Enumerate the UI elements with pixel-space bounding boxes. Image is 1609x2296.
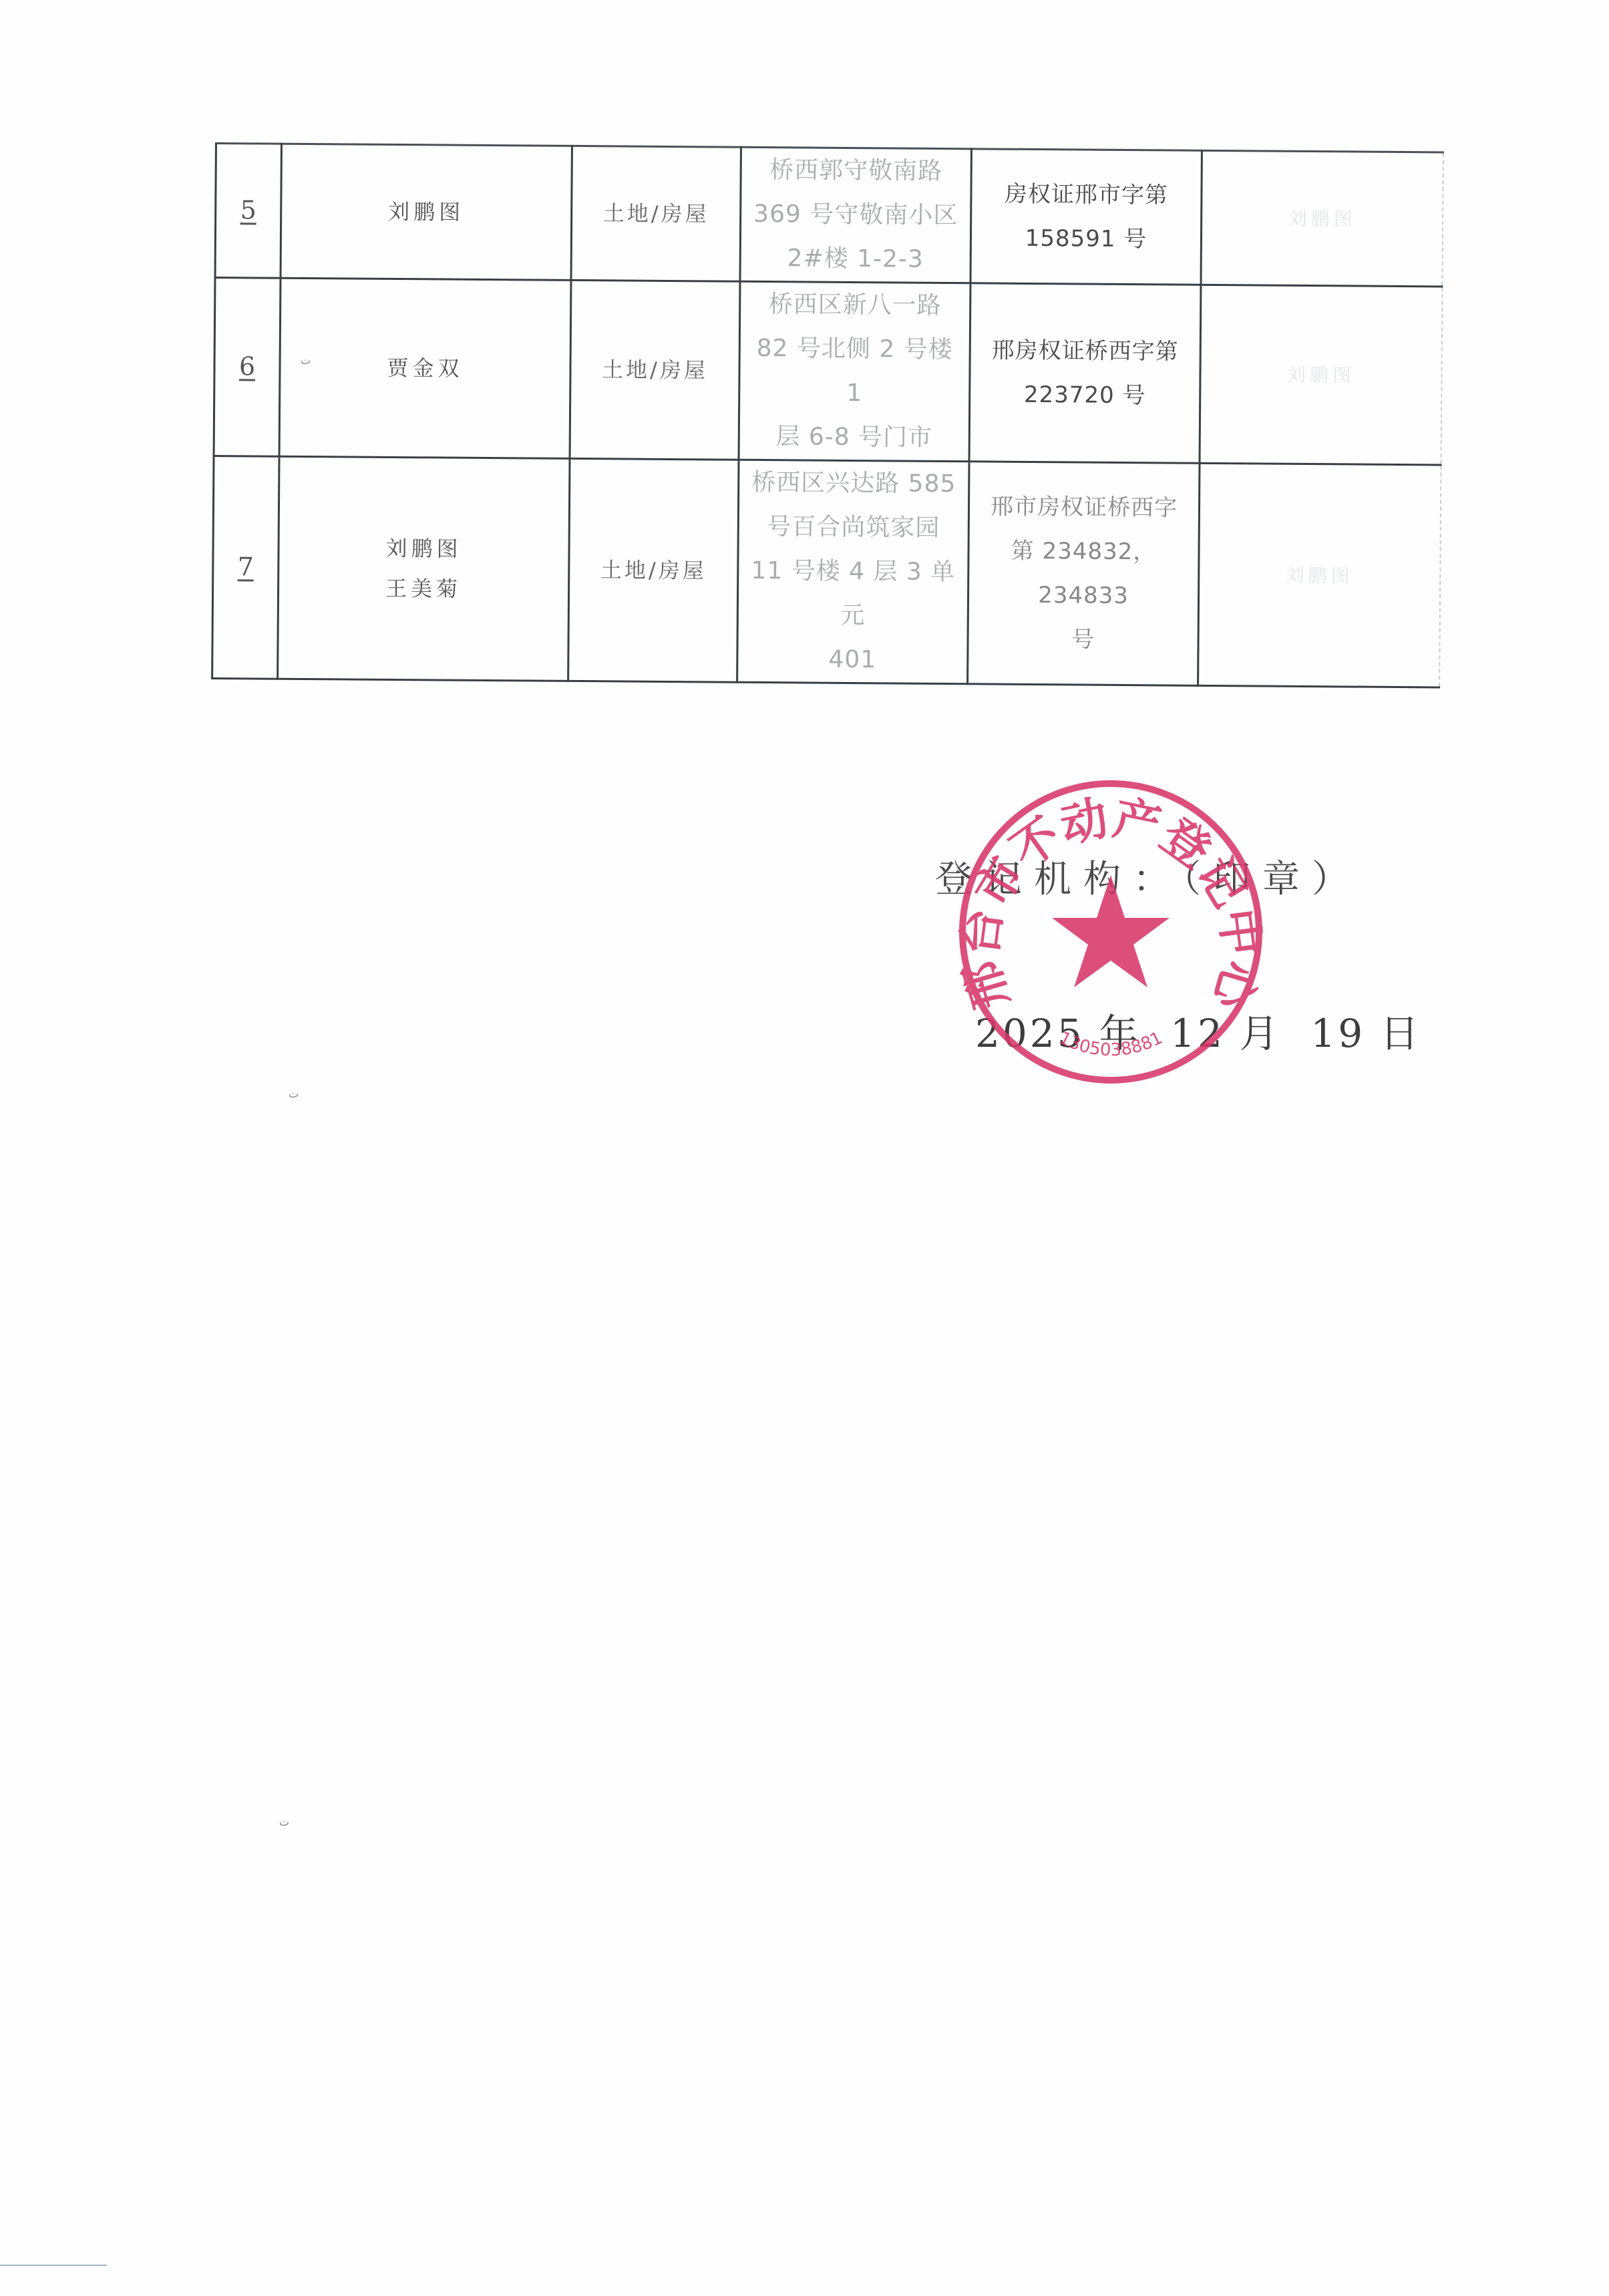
- row-number-cell: 7: [212, 456, 279, 679]
- address-cell: 桥西区新八一路82 号北侧 2 号楼 1层 6-8 号门市: [739, 281, 970, 462]
- date-day: 19: [1310, 1011, 1365, 1056]
- cell-line: 223720 号: [977, 372, 1192, 418]
- cell-line: 号: [975, 617, 1190, 662]
- cell-line: 401: [745, 637, 960, 683]
- cell-line: 房权证邢市字第: [978, 172, 1194, 217]
- cell-line: 桥西区新八一路: [747, 283, 962, 328]
- cell-line: 层 6-8 号门市: [747, 415, 962, 460]
- cell-line: 桥西区兴达路 585: [746, 461, 961, 506]
- certificate-cell: 邢市房权证桥西字第 234832，234833号: [968, 462, 1200, 686]
- property-type: 土地/房屋: [602, 357, 708, 383]
- date-year-unit: 年: [1099, 1011, 1141, 1056]
- address-cell: 桥西郭守敬南路369 号守敬南小区2#楼 1-2-3: [740, 147, 971, 283]
- owner-cell: 贾金双: [279, 278, 571, 458]
- cell-line: 369 号守敬南小区: [748, 192, 963, 238]
- table-row: 7刘鹏图王美菊土地/房屋桥西区兴达路 585号百合尚筑家园11 号楼 4 层 3…: [212, 456, 1441, 687]
- property-type-cell: 土地/房屋: [568, 458, 739, 682]
- table-row: 6贾金双土地/房屋桥西区新八一路82 号北侧 2 号楼 1层 6-8 号门市邢房…: [214, 278, 1442, 465]
- property-type: 土地/房屋: [603, 200, 709, 226]
- row-number: 7: [238, 552, 254, 581]
- registration-table: 5刘鹏图土地/房屋桥西郭守敬南路369 号守敬南小区2#楼 1-2-3房权证邢市…: [212, 142, 1444, 597]
- scanned-page: 5刘鹏图土地/房屋桥西郭守敬南路369 号守敬南小区2#楼 1-2-3房权证邢市…: [0, 0, 1609, 2296]
- issue-date: 2025年 12月 19日: [975, 1002, 1436, 1058]
- signature: 刘鹏图: [1287, 364, 1355, 387]
- registration-table-grid: 5刘鹏图土地/房屋桥西郭守敬南路369 号守敬南小区2#楼 1-2-3房权证邢市…: [211, 142, 1444, 688]
- cell-line: 邢房权证桥西字第: [978, 328, 1193, 373]
- property-type: 土地/房屋: [600, 557, 707, 583]
- row-number: 6: [239, 351, 256, 381]
- cell-line: 桥西郭守敬南路: [748, 148, 963, 194]
- signature-cell: 刘鹏图: [1198, 463, 1441, 687]
- scan-speck: ت: [279, 1816, 289, 1828]
- cell-line: 贾金双: [287, 347, 562, 389]
- date-year: 2025: [975, 1011, 1085, 1056]
- cell-line: 2#楼 1-2-3: [748, 236, 963, 282]
- cell-line: 邢市房权证桥西字: [976, 484, 1192, 530]
- row-number-cell: 5: [215, 144, 281, 279]
- signature: 刘鹏图: [1288, 208, 1357, 230]
- cell-line: 11 号楼 4 层 3 单元: [745, 549, 961, 639]
- date-month: 12: [1170, 1011, 1225, 1056]
- address-cell: 桥西区兴达路 585号百合尚筑家园11 号楼 4 层 3 单元401: [737, 460, 969, 684]
- scan-edge-line: [0, 2265, 107, 2266]
- cell-line: 158591 号: [978, 216, 1194, 261]
- cell-line: 刘鹏图: [286, 528, 561, 570]
- registration-authority-label: 登记机构：（印章）: [935, 850, 1361, 903]
- date-day-unit: 日: [1380, 1011, 1421, 1056]
- signature-cell: 刘鹏图: [1200, 285, 1442, 465]
- property-type-cell: 土地/房屋: [571, 146, 741, 281]
- row-number: 5: [240, 195, 257, 224]
- owner-cell: 刘鹏图: [281, 144, 572, 280]
- signature: 刘鹏图: [1286, 564, 1354, 587]
- date-month-unit: 月: [1240, 1011, 1281, 1056]
- property-type-cell: 土地/房屋: [570, 280, 740, 460]
- signature-cell: 刘鹏图: [1201, 150, 1443, 287]
- scan-speck: ت: [301, 354, 311, 367]
- cell-line: 第 234832，234833: [976, 528, 1192, 618]
- cell-line: 号百合尚筑家园: [746, 505, 961, 550]
- certificate-cell: 邢房权证桥西字第223720 号: [969, 283, 1201, 464]
- scan-speck: ت: [289, 1088, 299, 1100]
- cell-line: 刘鹏图: [289, 191, 564, 233]
- cell-line: 王美菊: [286, 568, 561, 610]
- certificate-cell: 房权证邢市字第158591 号: [970, 149, 1202, 285]
- seal-text: 邢台市不动产登记中心: [954, 790, 1268, 1017]
- row-number-cell: 6: [214, 278, 281, 457]
- owner-cell: 刘鹏图王美菊: [278, 456, 570, 681]
- table-row: 5刘鹏图土地/房屋桥西郭守敬南路369 号守敬南小区2#楼 1-2-3房权证邢市…: [215, 144, 1443, 287]
- cell-line: 82 号北侧 2 号楼 1: [747, 327, 962, 416]
